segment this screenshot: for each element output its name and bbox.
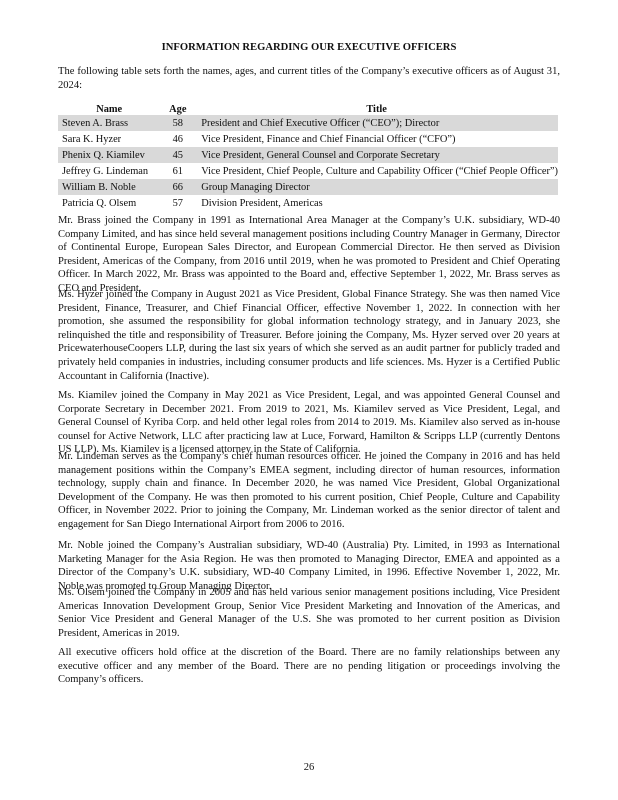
cell-age: 45 bbox=[160, 147, 195, 163]
executive-officers-table: Name Age Title Steven A. Brass58Presiden… bbox=[58, 101, 558, 211]
header-age: Age bbox=[160, 101, 195, 115]
cell-age: 66 bbox=[160, 179, 195, 195]
table-row: Steven A. Brass58President and Chief Exe… bbox=[58, 115, 558, 131]
intro-paragraph: The following table sets forth the names… bbox=[58, 65, 560, 92]
section-heading: INFORMATION REGARDING OUR EXECUTIVE OFFI… bbox=[58, 42, 560, 53]
cell-name: Jeffrey G. Lindeman bbox=[58, 163, 160, 179]
bio-paragraph-brass: Mr. Brass joined the Company in 1991 as … bbox=[58, 214, 560, 296]
bio-paragraph-hyzer: Ms. Hyzer joined the Company in August 2… bbox=[58, 288, 560, 383]
cell-title: President and Chief Executive Officer (“… bbox=[195, 115, 558, 131]
cell-age: 61 bbox=[160, 163, 195, 179]
table-row: Jeffrey G. Lindeman61Vice President, Chi… bbox=[58, 163, 558, 179]
cell-name: Sara K. Hyzer bbox=[58, 131, 160, 147]
cell-name: Phenix Q. Kiamilev bbox=[58, 147, 160, 163]
table-row: Phenix Q. Kiamilev45Vice President, Gene… bbox=[58, 147, 558, 163]
bio-paragraph-kiamilev: Ms. Kiamilev joined the Company in May 2… bbox=[58, 389, 560, 457]
cell-name: William B. Noble bbox=[58, 179, 160, 195]
cell-title: Division President, Americas bbox=[195, 195, 558, 211]
page-number: 26 bbox=[0, 762, 618, 773]
bio-paragraph-lindeman: Mr. Lindeman serves as the Company’s chi… bbox=[58, 450, 560, 532]
cell-age: 58 bbox=[160, 115, 195, 131]
table-row: Patricia Q. Olsem57Division President, A… bbox=[58, 195, 558, 211]
cell-name: Patricia Q. Olsem bbox=[58, 195, 160, 211]
table-header-row: Name Age Title bbox=[58, 101, 558, 115]
cell-age: 57 bbox=[160, 195, 195, 211]
cell-title: Vice President, Finance and Chief Financ… bbox=[195, 131, 558, 147]
cell-title: Group Managing Director bbox=[195, 179, 558, 195]
table-row: Sara K. Hyzer46Vice President, Finance a… bbox=[58, 131, 558, 147]
cell-title: Vice President, General Counsel and Corp… bbox=[195, 147, 558, 163]
header-title: Title bbox=[195, 101, 558, 115]
cell-age: 46 bbox=[160, 131, 195, 147]
table-row: William B. Noble66Group Managing Directo… bbox=[58, 179, 558, 195]
bio-paragraph-olsem: Ms. Olsem joined the Company in 2005 and… bbox=[58, 586, 560, 640]
cell-title: Vice President, Chief People, Culture an… bbox=[195, 163, 558, 179]
closing-paragraph: All executive officers hold office at th… bbox=[58, 646, 560, 687]
header-name: Name bbox=[58, 101, 160, 115]
cell-name: Steven A. Brass bbox=[58, 115, 160, 131]
